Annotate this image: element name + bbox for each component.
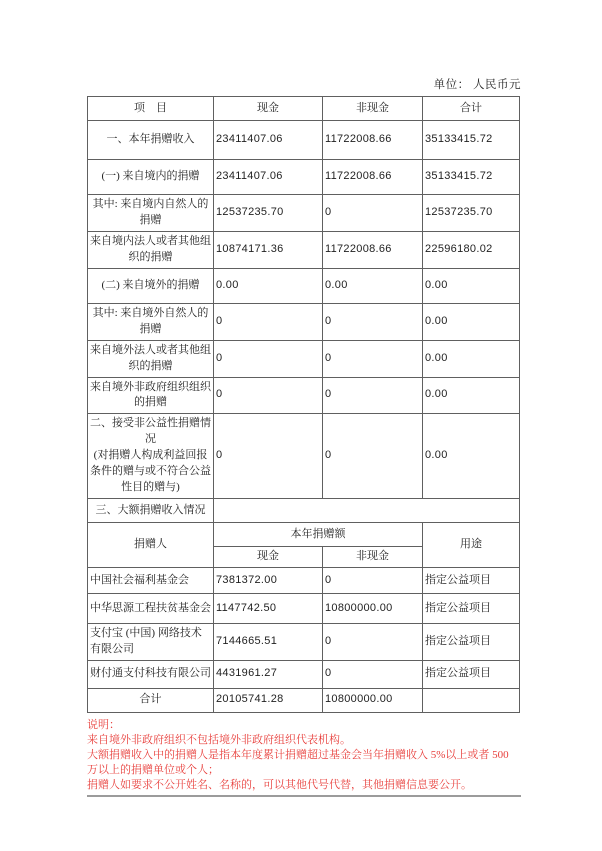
note-line: 大额捐赠收入中的捐赠人是指本年度累计捐赠超过基金会当年捐赠收入 5%以上或者 5… xyxy=(87,748,521,778)
notes-title: 说明： xyxy=(87,718,521,733)
table-header-row: 项 目 现金 非现金 合计 xyxy=(88,97,520,121)
row-label: 来自境外非政府组织组织的捐赠 xyxy=(88,377,214,414)
row-label: (二) 来自境外的捐赠 xyxy=(88,268,214,303)
note-line: 捐赠人如要求不公开姓名、名称的，可以其他代号代替，其他捐赠信息要公开。 xyxy=(87,778,521,793)
row-label: 来自境内法人或者其他组织的捐赠 xyxy=(88,231,214,268)
cash-value: 0 xyxy=(214,340,323,377)
total-label: 合计 xyxy=(88,688,214,712)
purpose-header: 用途 xyxy=(423,523,520,568)
donor-header-row: 捐赠人 本年捐赠额 用途 xyxy=(88,523,520,547)
donor-cash: 7381372.00 xyxy=(214,568,323,594)
donor-purpose: 指定公益项目 xyxy=(423,568,520,594)
noncash-subheader: 非现金 xyxy=(323,547,423,568)
cash-subheader: 现金 xyxy=(214,547,323,568)
cash-value: 12537235.70 xyxy=(214,195,323,232)
cash-value: 0 xyxy=(214,303,323,340)
row-label: 一、本年捐赠收入 xyxy=(88,121,214,160)
unit-label: 单位： 人民币元 xyxy=(87,76,521,92)
donor-name: 财付通支付科技有限公司 xyxy=(88,660,214,688)
total-value: 0.00 xyxy=(423,303,520,340)
donor-purpose: 指定公益项目 xyxy=(423,660,520,688)
table-row: 来自境外非政府组织组织的捐赠 0 0 0.00 xyxy=(88,377,520,414)
total-value: 22596180.02 xyxy=(423,231,520,268)
row-label: 其中: 来自境外自然人的捐赠 xyxy=(88,303,214,340)
donor-name: 中华思源工程扶贫基金会 xyxy=(88,594,214,624)
donor-noncash: 0 xyxy=(323,624,423,661)
donor-purpose: 指定公益项目 xyxy=(423,624,520,661)
cash-value: 0.00 xyxy=(214,268,323,303)
noncash-value: 0 xyxy=(323,414,423,499)
total-value: 0.00 xyxy=(423,268,520,303)
cash-value: 0 xyxy=(214,377,323,414)
donor-cash: 7144665.51 xyxy=(214,624,323,661)
donor-name: 中国社会福利基金会 xyxy=(88,568,214,594)
row-label: 来自境外法人或者其他组织的捐赠 xyxy=(88,340,214,377)
table-row: 来自境内法人或者其他组织的捐赠 10874171.36 11722008.66 … xyxy=(88,231,520,268)
donor-noncash: 10800000.00 xyxy=(323,594,423,624)
section3-empty-cell xyxy=(214,499,520,523)
row-label: (一) 来自境内的捐赠 xyxy=(88,160,214,195)
donor-row: 中国社会福利基金会 7381372.00 0 指定公益项目 xyxy=(88,568,520,594)
noncash-value: 0 xyxy=(323,377,423,414)
table-row: 来自境外法人或者其他组织的捐赠 0 0 0.00 xyxy=(88,340,520,377)
total-purpose xyxy=(423,688,520,712)
table-row: 其中: 来自境内自然人的捐赠 12537235.70 0 12537235.70 xyxy=(88,195,520,232)
noncash-value: 0 xyxy=(323,340,423,377)
noncash-value: 11722008.66 xyxy=(323,231,423,268)
donor-name: 支付宝 (中国) 网络技术有限公司 xyxy=(88,624,214,661)
header-noncash: 非现金 xyxy=(323,97,423,121)
total-value: 0.00 xyxy=(423,377,520,414)
table-row: 二、接受非公益性捐赠情况 (对捐赠人构成利益回报条件的赠与或不符合公益性目的赠与… xyxy=(88,414,520,499)
section3-row: 三、大额捐赠收入情况 xyxy=(88,499,520,523)
cash-value: 23411407.06 xyxy=(214,121,323,160)
header-item: 项 目 xyxy=(88,97,214,121)
donor-noncash: 0 xyxy=(323,568,423,594)
noncash-value: 11722008.66 xyxy=(323,160,423,195)
table-row: 一、本年捐赠收入 23411407.06 11722008.66 3513341… xyxy=(88,121,520,160)
donor-header: 捐赠人 xyxy=(88,523,214,568)
header-total: 合计 xyxy=(423,97,520,121)
table-row: (二) 来自境外的捐赠 0.00 0.00 0.00 xyxy=(88,268,520,303)
table-row: (一) 来自境内的捐赠 23411407.06 11722008.66 3513… xyxy=(88,160,520,195)
donor-purpose: 指定公益项目 xyxy=(423,594,520,624)
total-value: 35133415.72 xyxy=(423,121,520,160)
header-cash: 现金 xyxy=(214,97,323,121)
total-cash: 20105741.28 xyxy=(214,688,323,712)
total-noncash: 10800000.00 xyxy=(323,688,423,712)
document-page: 单位： 人民币元 项 目 现金 非现金 合计 一、本年捐赠收入 23411407… xyxy=(0,0,602,851)
donor-row: 支付宝 (中国) 网络技术有限公司 7144665.51 0 指定公益项目 xyxy=(88,624,520,661)
donor-cash: 4431961.27 xyxy=(214,660,323,688)
cash-value: 10874171.36 xyxy=(214,231,323,268)
section3-label: 三、大额捐赠收入情况 xyxy=(88,499,214,523)
total-value: 12537235.70 xyxy=(423,195,520,232)
row-label: 其中: 来自境内自然人的捐赠 xyxy=(88,195,214,232)
total-value: 35133415.72 xyxy=(423,160,520,195)
total-value: 0.00 xyxy=(423,414,520,499)
noncash-value: 11722008.66 xyxy=(323,121,423,160)
donor-cash: 1147742.50 xyxy=(214,594,323,624)
donor-row: 财付通支付科技有限公司 4431961.27 0 指定公益项目 xyxy=(88,660,520,688)
cash-value: 0 xyxy=(214,414,323,499)
noncash-value: 0 xyxy=(323,195,423,232)
report-content: 单位： 人民币元 项 目 现金 非现金 合计 一、本年捐赠收入 23411407… xyxy=(87,76,521,797)
note-line: 来自境外非政府组织不包括境外非政府组织代表机构。 xyxy=(87,733,521,748)
donor-row: 中华思源工程扶贫基金会 1147742.50 10800000.00 指定公益项… xyxy=(88,594,520,624)
donor-noncash: 0 xyxy=(323,660,423,688)
total-value: 0.00 xyxy=(423,340,520,377)
amount-header: 本年捐赠额 xyxy=(214,523,423,547)
donor-total-row: 合计 20105741.28 10800000.00 xyxy=(88,688,520,712)
notes-section: 说明： 来自境外非政府组织不包括境外非政府组织代表机构。 大额捐赠收入中的捐赠人… xyxy=(87,718,521,797)
noncash-value: 0 xyxy=(323,303,423,340)
row-label: 二、接受非公益性捐赠情况 (对捐赠人构成利益回报条件的赠与或不符合公益性目的赠与… xyxy=(88,414,214,499)
table-row: 其中: 来自境外自然人的捐赠 0 0 0.00 xyxy=(88,303,520,340)
noncash-value: 0.00 xyxy=(323,268,423,303)
cash-value: 23411407.06 xyxy=(214,160,323,195)
donation-income-table: 项 目 现金 非现金 合计 一、本年捐赠收入 23411407.06 11722… xyxy=(87,96,520,713)
